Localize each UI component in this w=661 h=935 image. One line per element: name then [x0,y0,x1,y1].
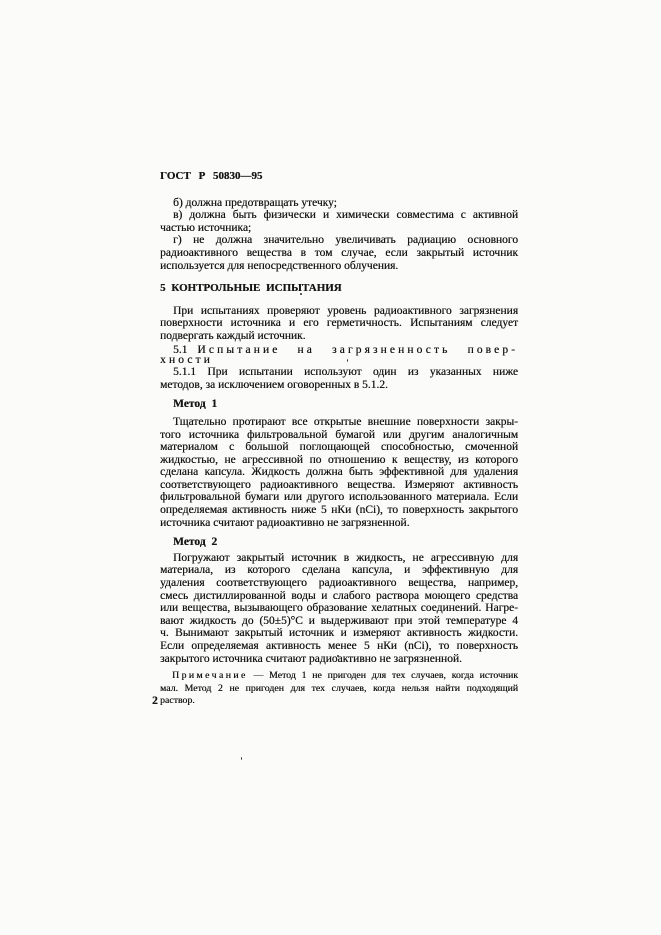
text-line: в) должна быть физически и химически сов… [160,209,518,222]
scan-speck [300,293,302,295]
scan-speck [347,359,348,362]
text-line: методов, за исключением оговоренных в 5.… [160,379,518,392]
note-block: Примечание — Метод 1 не пригоден для тех… [160,670,518,707]
text-line: материала, из которого сделана капсула, … [160,564,518,577]
section-5-title: 5 КОНТРОЛЬНЫЕ ИСПЫТАНИЯ [160,282,518,295]
method-1-paragraph: Тщательно протирают все открытые внешние… [160,416,518,529]
text-line: определяемая активность ниже 5 нКи (nCi)… [160,504,518,517]
clause-5-1-1: 5.1.1 При испытании используют один из у… [160,366,518,391]
note-label: Примечание [172,670,248,681]
text-line: радиоактивного вещества в том случае, ес… [160,247,518,260]
text-line: жидкостью, не агрессивной по отношению к… [160,454,518,467]
text-line: фильтровальной бумаги или другого исполь… [160,491,518,504]
method-1-label: Метод 1 [160,398,518,411]
text-line: При испытаниях проверяют уровень радиоак… [160,305,518,318]
text-line: того источника фильтровальной бумагой ил… [160,429,518,442]
note-continuation: мал. Метод 2 не пригоден для тех случаев… [160,683,518,708]
text-line: Если определяемая активность менее 5 нКи… [160,640,518,653]
running-header: ГОСТ Р 50830—95 [160,170,518,183]
text-line: Тщательно протирают все открытые внешние… [160,416,518,429]
page-number: 2 [152,695,158,707]
document-page: ГОСТ Р 50830—95 б) должна предотвращать … [0,0,661,935]
text-line: подвергать каждый источник. [160,330,518,343]
text-line: ч. Вынимают закрытый источник и измеряют… [160,627,518,640]
clause-5-1-title-line1: Испытание на загрязненность повер- [197,344,518,356]
scan-speck [241,757,242,760]
method-2-label: Метод 2 [160,536,518,549]
list-item-b: б) должна предотвращать утечку; [160,197,518,210]
text-line: частью источника; [160,222,518,235]
text-line: сделана капсула. Жидкость должна быть эф… [160,466,518,479]
text-line: раствор. [160,695,518,707]
text-line: б) должна предотвращать утечку; [160,197,518,210]
note-line1-text: — Метод 1 не пригоден для тех случаев, к… [253,670,518,681]
clause-5-1-heading: 5.1 Испытание на загрязненность повер- х… [160,345,518,367]
scan-speck [337,655,339,657]
text-line: Погружают закрытый источник в жидкость, … [160,552,518,565]
section-5-intro: При испытаниях проверяют уровень радиоак… [160,305,518,343]
text-line: поверхности источника и его герметичност… [160,317,518,330]
text-line: закрытого источника считают радиоактивно… [160,653,518,666]
text-line: удаления соответствующего радиоактивного… [160,577,518,590]
text-line: вают жидкость до (50±5)°С и выдерживают … [160,615,518,628]
text-line: источника считают радиоактивно не загряз… [160,517,518,530]
text-line: или вещества, вызывающего образование хе… [160,602,518,615]
text-line: соответствующего радиоактивного вещества… [160,479,518,492]
text-line: мал. Метод 2 не пригоден для тех случаев… [160,683,518,695]
list-item-g: г) не должна значительно увеличивать рад… [160,234,518,272]
text-line: используется для непосредственного облуч… [160,260,518,273]
text-line: 5.1.1 При испытании используют один из у… [160,366,518,379]
text-line: материалом с большой поглощающей способн… [160,441,518,454]
text-line: г) не должна значительно увеличивать рад… [160,234,518,247]
method-2-paragraph: Погружают закрытый источник в жидкость, … [160,552,518,665]
list-item-v: в) должна быть физически и химически сов… [160,209,518,234]
page-content: ГОСТ Р 50830—95 б) должна предотвращать … [160,170,518,707]
text-line: смесь дистиллированной воды и слабого ра… [160,590,518,603]
clause-5-1-title-line2: хности [160,354,213,366]
